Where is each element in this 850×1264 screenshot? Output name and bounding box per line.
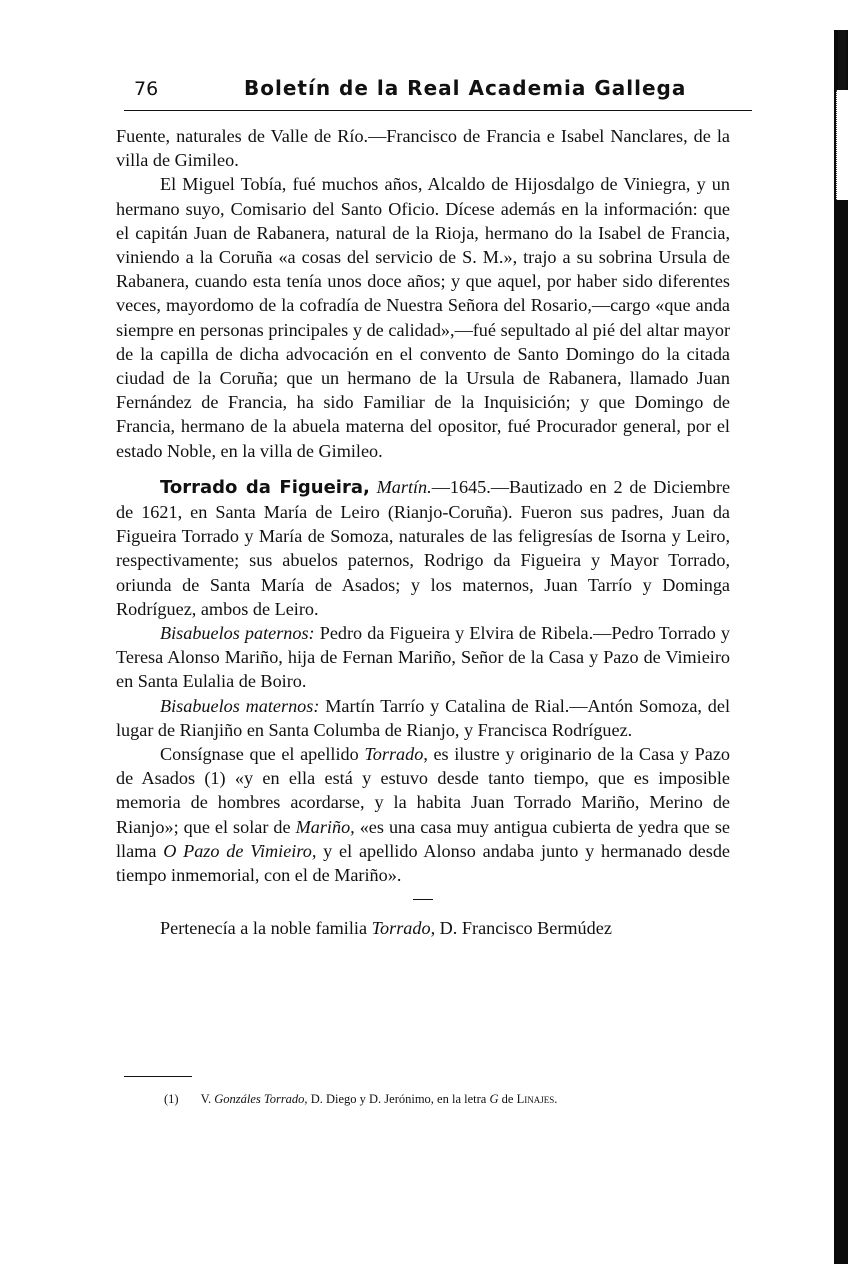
text-run: de [499, 1092, 517, 1106]
italic-run: O Pazo de Vimieiro, [163, 841, 316, 861]
italic-run: Torrado, [372, 918, 436, 938]
text-run: D. Francisco Bermúdez [435, 918, 612, 938]
text-run: Pertenecía a la noble familia [160, 918, 372, 938]
book-binding-highlight [836, 90, 849, 200]
paragraph-continuation: Fuente, naturales de Valle de Río.—Franc… [116, 124, 730, 172]
body-text: Fuente, naturales de Valle de Río.—Franc… [116, 124, 730, 941]
paragraph-consignase: Consígnase que el apellido Torrado, es i… [116, 742, 730, 887]
section-divider [413, 899, 433, 900]
page-number: 76 [134, 78, 158, 100]
italic-run: Gonzáles Torrado, [214, 1092, 307, 1106]
italic-run: Mariño, [296, 817, 355, 837]
footnote-rule [124, 1076, 192, 1077]
running-title: Boletín de la Real Academia Gallega [244, 76, 686, 100]
book-binding-top [838, 30, 846, 90]
footnote-mark: (1) [164, 1092, 179, 1106]
book-binding-edge [834, 30, 848, 1264]
footnote: (1)V. Gonzáles Torrado, D. Diego y D. Je… [164, 1092, 557, 1107]
text-run: Consígnase que el apellido [160, 744, 364, 764]
paternal-label: Bisabuelos paternos: [160, 623, 315, 643]
genealogy-entry: Torrado da Figueira, Martín.—1645.—Bauti… [116, 475, 730, 621]
entry-given-name: Martín. [377, 477, 432, 497]
page-header: 76 Boletín de la Real Academia Gallega [124, 74, 756, 104]
smallcaps-run: Linajes. [517, 1092, 558, 1106]
entry-text: —1645.—Bautizado en 2 de Diciembre de 16… [116, 477, 730, 619]
italic-run: Torrado [364, 744, 423, 764]
header-rule [124, 110, 752, 111]
scanned-page: 76 Boletín de la Real Academia Gallega F… [0, 0, 850, 1264]
maternal-label: Bisabuelos maternos: [160, 696, 319, 716]
entry-surname: Torrado da Figueira, [160, 477, 370, 498]
paragraph-pertenecia: Pertenecía a la noble familia Torrado, D… [116, 916, 730, 940]
paragraph-paternal-great-grandparents: Bisabuelos paternos: Pedro da Figueira y… [116, 621, 730, 694]
text-run: V. [201, 1092, 215, 1106]
text-run: D. Diego y D. Jerónimo, en la letra [308, 1092, 490, 1106]
italic-run: G [489, 1092, 498, 1106]
paragraph-miguel-tobia: El Miguel Tobía, fué muchos años, Alcald… [116, 172, 730, 462]
paragraph-maternal-great-grandparents: Bisabuelos maternos: Martín Tarrío y Cat… [116, 694, 730, 742]
